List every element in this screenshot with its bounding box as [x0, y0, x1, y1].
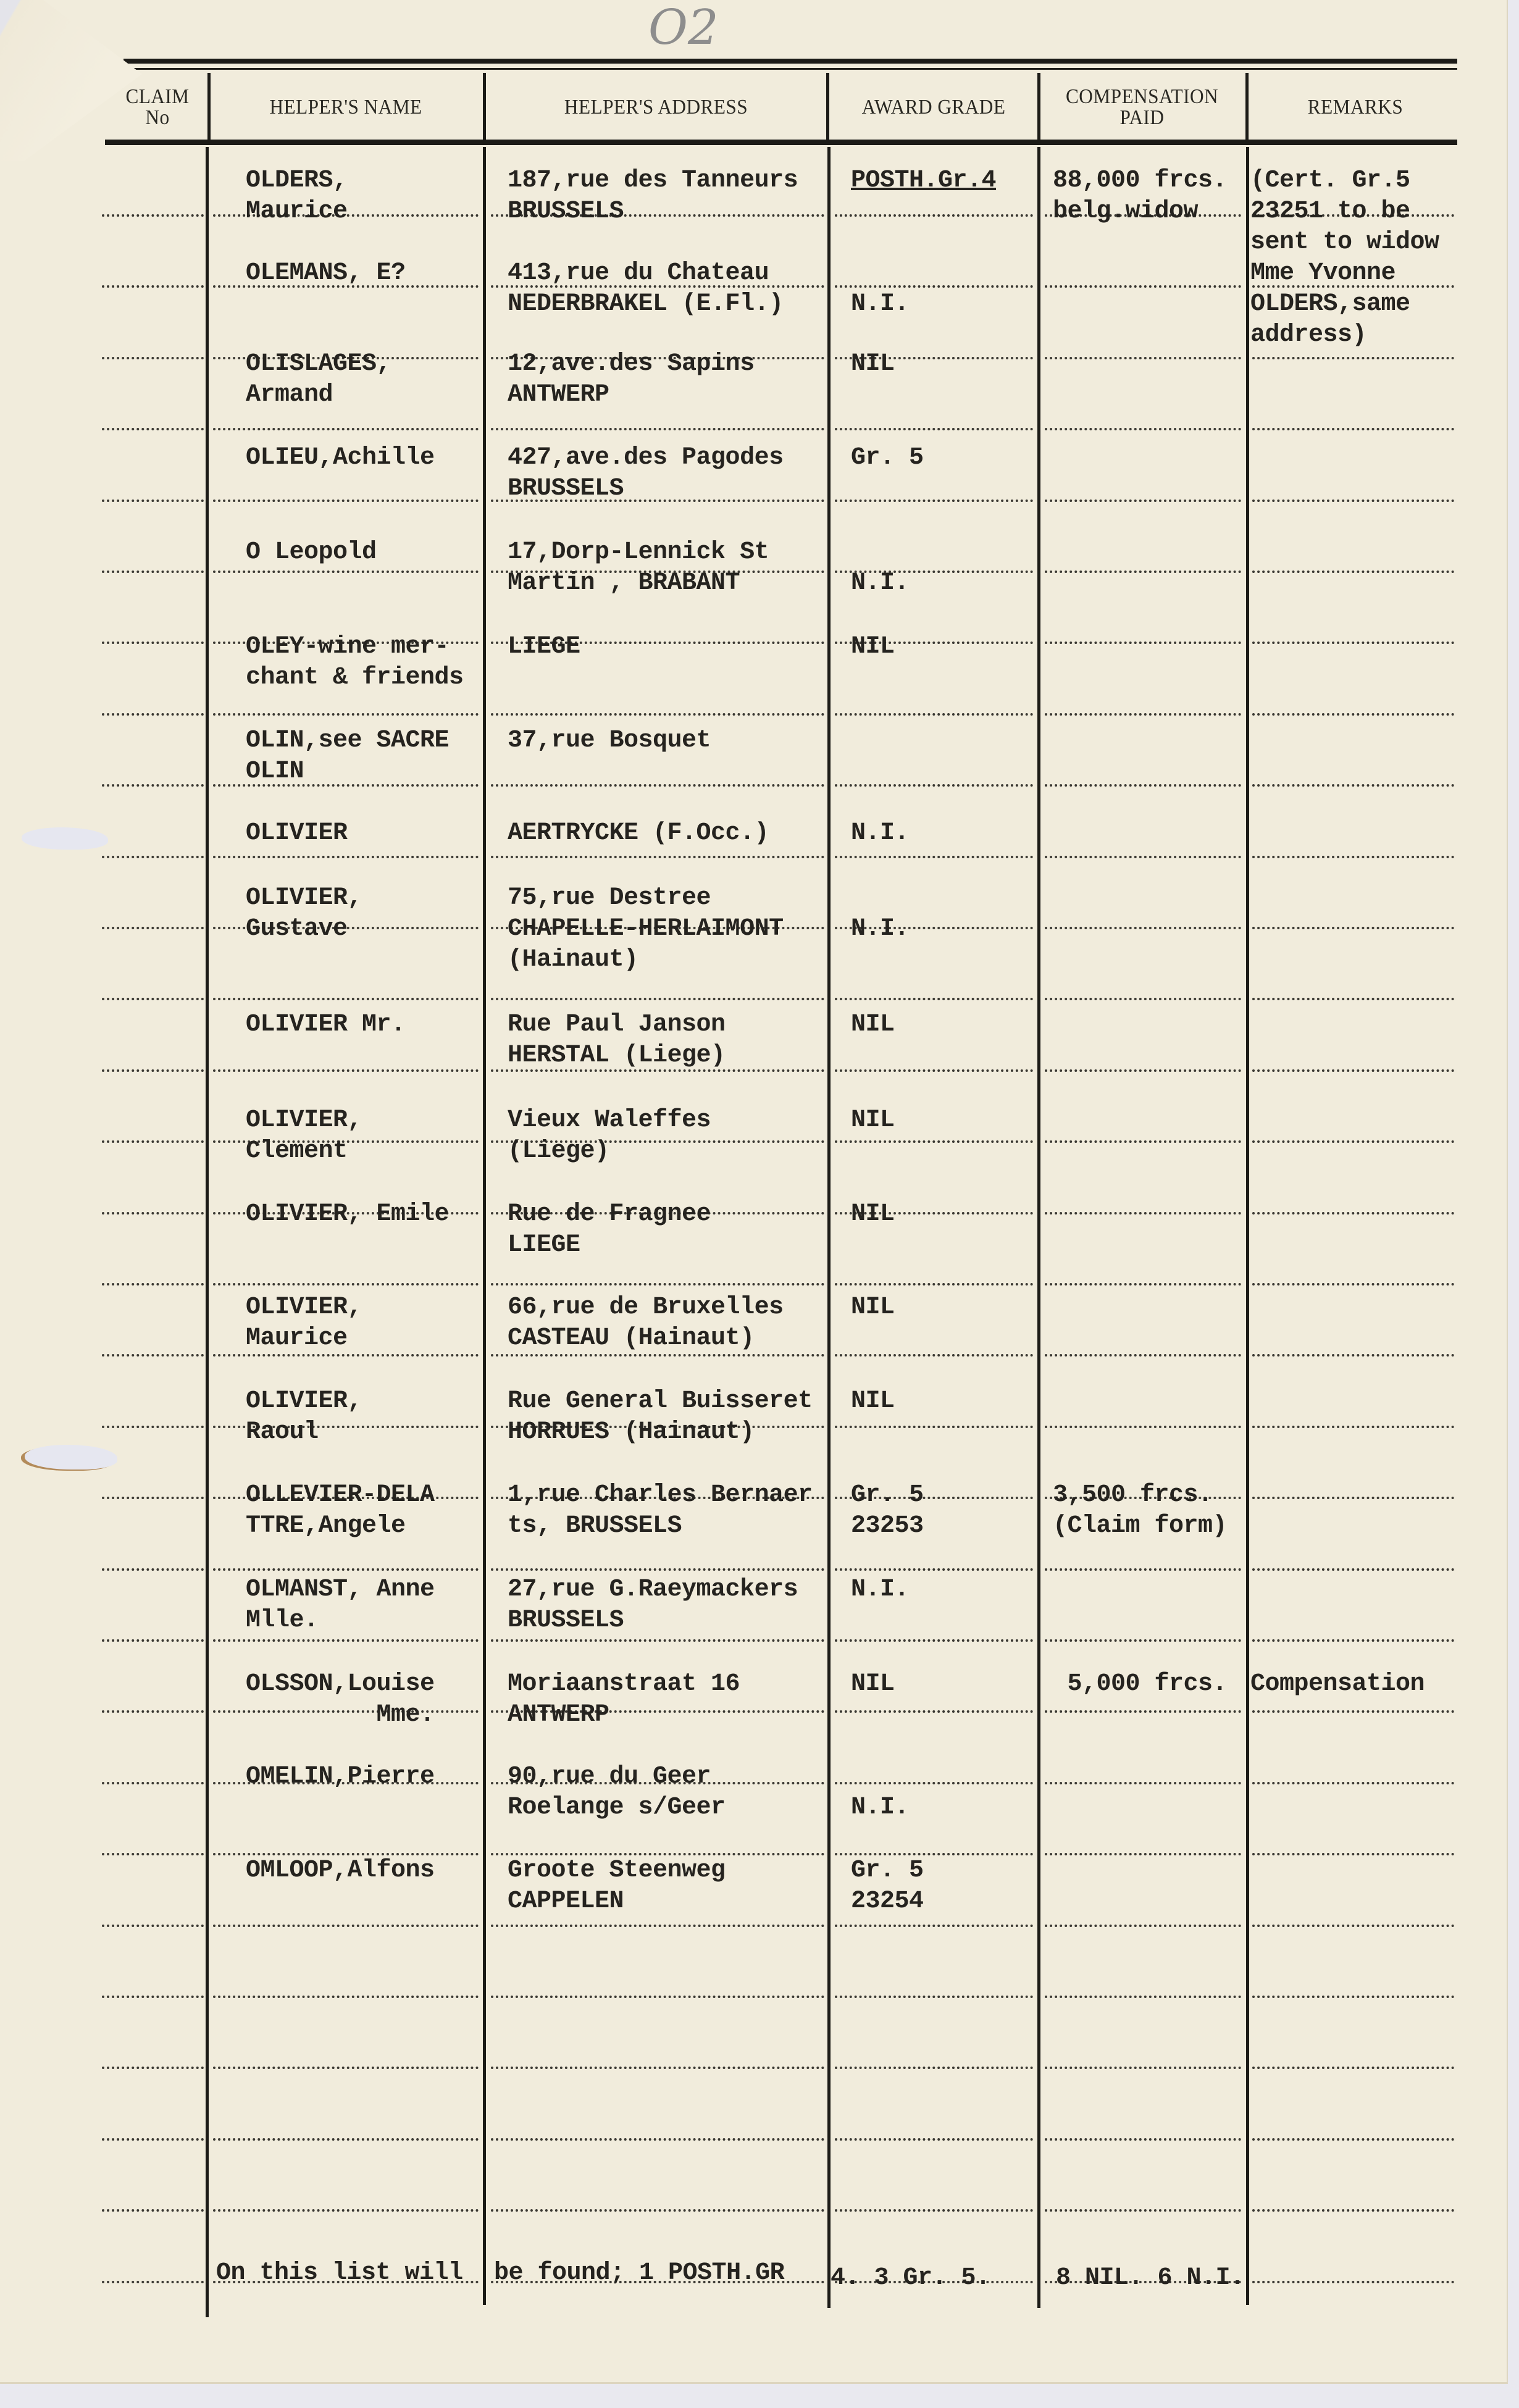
award-grade-cell: N.I. [851, 914, 909, 945]
helper-name-cell: OLIVIER, Raoul [246, 1386, 362, 1448]
header-award-grade: AWARD GRADE [837, 74, 1031, 141]
dotted-rule [213, 500, 479, 502]
helper-name-cell: OLIVIER, Maurice [246, 1292, 362, 1354]
helper-name-cell: OLEMANS, E? [246, 258, 406, 289]
dotted-rule [835, 1426, 1033, 1428]
helper-name-cell: OLIN,see SACRE OLIN [246, 725, 449, 787]
helper-address-cell: 413,rue du Chateau NEDERBRAKEL (E.Fl.) [508, 258, 784, 320]
award-grade-cell: N.I. [851, 1792, 909, 1823]
award-grade-cell: NIL [851, 632, 895, 663]
dotted-rule [213, 428, 479, 430]
helper-address-cell: 12,ave.des Sapins ANTWERP [508, 349, 755, 411]
dotted-rule [102, 1212, 204, 1214]
dotted-rule [102, 500, 204, 502]
dotted-rule [1045, 927, 1241, 929]
dotted-rule [102, 214, 204, 217]
dotted-rule [102, 2209, 204, 2212]
header-helpers-name: HELPER'S NAME [221, 74, 471, 141]
header-divider [1037, 73, 1040, 140]
dotted-rule [102, 2281, 204, 2283]
dotted-rule [1252, 1782, 1454, 1784]
dotted-rule [1045, 1354, 1241, 1357]
dotted-rule [835, 1710, 1033, 1713]
dotted-rule [1045, 856, 1241, 858]
dotted-rule [835, 2067, 1033, 2069]
helper-address-cell: Vieux Waleffes (Liege) [508, 1105, 711, 1167]
dotted-rule [1045, 2067, 1241, 2069]
dotted-rule [835, 428, 1033, 430]
dotted-rule [213, 2138, 479, 2141]
dotted-rule [102, 1853, 204, 1855]
award-grade-cell: N.I. [851, 1574, 909, 1605]
dotted-rule [1045, 713, 1241, 716]
helper-address-cell: 90,rue du Geer Roelange s/Geer [508, 1762, 726, 1823]
dotted-rule [491, 998, 824, 1000]
compensation-paid-cell: 88,000 frcs. belg.widow [1053, 165, 1227, 227]
helper-address-cell: Rue Paul Janson HERSTAL (Liege) [508, 1010, 726, 1071]
helper-address-cell: 427,ave.des Pagodes BRUSSELS [508, 443, 784, 504]
dotted-rule [102, 1568, 204, 1571]
dotted-rule [213, 856, 479, 858]
helper-name-cell: OLMANST, Anne Mlle. [246, 1574, 435, 1636]
dotted-rule [1252, 1925, 1454, 1927]
dotted-rule [1045, 1568, 1241, 1571]
award-grade-cell: Gr. 5 23253 [851, 1480, 924, 1542]
dotted-rule [1252, 1069, 1454, 1072]
helper-name-cell: OMLOOP,Alfons [246, 1855, 435, 1886]
summary-name-part: On this list will [216, 2258, 463, 2289]
dotted-rule [102, 784, 204, 787]
summary-address-part: be found; 1 POSTH.GR [494, 2258, 784, 2289]
dotted-rule [1252, 1354, 1454, 1357]
punch-hole-bottom [25, 1445, 117, 1469]
dotted-rule [1252, 1283, 1454, 1286]
dotted-rule [835, 1140, 1033, 1143]
award-grade-cell: Gr. 5 23254 [851, 1855, 924, 1917]
folded-corner [0, 0, 142, 173]
dotted-rule [213, 2067, 479, 2069]
column-line-compensation-left [1037, 147, 1040, 2308]
dotted-rule [835, 856, 1033, 858]
helper-address-cell: Groote Steenweg CAPPELEN [508, 1855, 726, 1917]
compensation-paid-cell: 5,000 frcs. [1053, 1669, 1227, 1700]
dotted-rule [1045, 428, 1241, 430]
award-grade-cell: Gr. 5 [851, 443, 924, 474]
dotted-rule [1252, 1497, 1454, 1499]
helper-name-cell: OLIEU,Achille [246, 443, 435, 474]
dotted-rule [1045, 2138, 1241, 2141]
dotted-rule [491, 1925, 824, 1927]
dotted-rule [1252, 357, 1454, 359]
helper-address-cell: Rue General Buisseret HORRUES (Hainaut) [508, 1386, 813, 1448]
dotted-rule [835, 1925, 1033, 1927]
header-divider [826, 73, 829, 140]
header-compensation-paid: COMPENSATION PAID [1047, 74, 1237, 141]
helper-name-cell: O Leopold [246, 537, 377, 568]
dotted-rule [491, 784, 824, 787]
dotted-rule [213, 1996, 479, 1998]
header-divider [207, 73, 211, 140]
award-grade-cell: NIL [851, 1386, 895, 1417]
helper-address-cell: 27,rue G.Raeymackers BRUSSELS [508, 1574, 798, 1636]
dotted-rule [213, 1925, 479, 1927]
dotted-rule [1045, 357, 1241, 359]
award-grade-cell: NIL [851, 1010, 895, 1040]
dotted-rule [835, 2138, 1033, 2141]
header-helpers-address: HELPER'S ADDRESS [498, 74, 814, 141]
archive-mark: O2 [648, 0, 719, 56]
helper-name-cell: OLIVIER [246, 818, 348, 849]
dotted-rule [1252, 2281, 1454, 2283]
dotted-rule [102, 1710, 204, 1713]
dotted-rule [1252, 642, 1454, 644]
helper-address-cell: 66,rue de Bruxelles CASTEAU (Hainaut) [508, 1292, 784, 1354]
dotted-rule [102, 642, 204, 644]
award-grade-cell: NIL [851, 1669, 895, 1700]
dotted-rule [213, 1639, 479, 1642]
dotted-rule [1252, 2138, 1454, 2141]
dotted-rule [1252, 784, 1454, 787]
dotted-rule [1045, 998, 1241, 1000]
dotted-rule [1045, 500, 1241, 502]
dotted-rule [835, 1996, 1033, 1998]
compensation-paid-cell: 3,500 frcs. (Claim form) [1053, 1480, 1227, 1542]
header-remarks: REMARKS [1256, 74, 1455, 141]
dotted-rule [1045, 1212, 1241, 1214]
helper-name-cell: OLEY-wine mer- chant & friends [246, 632, 464, 693]
dotted-rule [1045, 1925, 1241, 1927]
dotted-rule [835, 1283, 1033, 1286]
dotted-rule [1252, 428, 1454, 430]
dotted-rule [1045, 1782, 1241, 1784]
helper-address-cell: 75,rue Destree CHAPELLE-HERLAIMONT (Hain… [508, 883, 784, 976]
dotted-rule [1045, 1283, 1241, 1286]
column-line-remarks-left [1246, 147, 1249, 2305]
dotted-rule [491, 2067, 824, 2069]
dotted-rule [491, 1639, 824, 1642]
dotted-rule [1252, 1853, 1454, 1855]
helper-name-cell: OLIVIER, Clement [246, 1105, 362, 1167]
helper-address-cell: 37,rue Bosquet [508, 725, 711, 756]
dotted-rule [102, 1069, 204, 1072]
dotted-rule [835, 713, 1033, 716]
top-rule-thin [114, 68, 1457, 70]
header-divider [1245, 73, 1249, 140]
dotted-rule [1045, 1069, 1241, 1072]
dotted-rule [1045, 1853, 1241, 1855]
dotted-rule [491, 1568, 824, 1571]
dotted-rule [1252, 1140, 1454, 1143]
award-grade-cell: NIL [851, 1292, 895, 1323]
dotted-rule [835, 1354, 1033, 1357]
column-line-award-left [827, 147, 831, 2308]
dotted-rule [1252, 571, 1454, 573]
column-line-name-left [206, 147, 209, 2317]
dotted-rule [1045, 1996, 1241, 1998]
dotted-rule [1252, 1710, 1454, 1713]
helper-name-cell: OLLEVIER-DELA TTRE,Angele [246, 1480, 435, 1542]
helper-name-cell: OLSSON,Louise Mme. [246, 1669, 435, 1731]
dotted-rule [102, 2067, 204, 2069]
dotted-rule [102, 1283, 204, 1286]
dotted-rule [1252, 1212, 1454, 1214]
dotted-rule [102, 285, 204, 288]
ledger-page: O2 CLAIM No HELPER'S NAME HELPER'S ADDRE… [0, 0, 1508, 2384]
dotted-rule [491, 1283, 824, 1286]
dotted-rule [491, 713, 824, 716]
helper-address-cell: 1,rue Charles Bernaer ts, BRUSSELS [508, 1480, 813, 1542]
dotted-rule [1252, 2209, 1454, 2212]
dotted-rule [1252, 1568, 1454, 1571]
dotted-rule [1252, 500, 1454, 502]
dotted-rule [1252, 998, 1454, 1000]
award-grade-cell: N.I. [851, 568, 909, 599]
punch-hole-top [22, 827, 108, 850]
remarks-cell: Compensation [1250, 1669, 1425, 1700]
dotted-rule [1252, 856, 1454, 858]
dotted-rule [102, 1497, 204, 1499]
dotted-rule [835, 998, 1033, 1000]
dotted-rule [102, 1782, 204, 1784]
dotted-rule [102, 571, 204, 573]
dotted-rule [102, 1140, 204, 1143]
dotted-rule [1252, 713, 1454, 716]
dotted-rule [102, 1639, 204, 1642]
dotted-rule [213, 1283, 479, 1286]
dotted-rule [102, 927, 204, 929]
dotted-rule [1045, 1710, 1241, 1713]
helper-address-cell: 17,Dorp-Lennick St Martin , BRABANT [508, 537, 769, 599]
dotted-rule [102, 1354, 204, 1357]
helper-address-cell: Rue de Fragnee LIEGE [508, 1199, 711, 1261]
dotted-rule [491, 1996, 824, 1998]
dotted-rule [102, 856, 204, 858]
dotted-rule [491, 2209, 824, 2212]
dotted-rule [835, 500, 1033, 502]
award-grade-cell: N.I. [851, 818, 909, 849]
dotted-rule [213, 571, 479, 573]
helper-address-cell: Moriaanstraat 16 ANTWERP [508, 1669, 740, 1731]
dotted-rule [835, 2209, 1033, 2212]
dotted-rule [835, 1782, 1033, 1784]
dotted-rule [213, 1354, 479, 1357]
dotted-rule [1045, 571, 1241, 573]
dotted-rule [491, 428, 824, 430]
dotted-rule [102, 998, 204, 1000]
dotted-rule [1045, 285, 1241, 288]
dotted-rule [102, 713, 204, 716]
dotted-rule [1045, 2209, 1241, 2212]
helper-name-cell: OLIVIER, Gustave [246, 883, 362, 945]
award-grade-cell: NIL [851, 349, 895, 380]
dotted-rule [835, 1069, 1033, 1072]
dotted-rule [1252, 1426, 1454, 1428]
top-rule-thick [123, 59, 1457, 64]
remarks-cell: (Cert. Gr.5 23251 to be sent to widow Mm… [1250, 165, 1439, 351]
helper-name-cell: OLISLAGES, Armand [246, 349, 391, 411]
dotted-rule [1045, 784, 1241, 787]
dotted-rule [102, 357, 204, 359]
dotted-rule [1045, 1426, 1241, 1428]
dotted-rule [1045, 1140, 1241, 1143]
column-line-address-left [483, 147, 486, 2305]
dotted-rule [491, 856, 824, 858]
award-grade-cell: NIL [851, 1105, 895, 1136]
helper-address-cell: LIEGE [508, 632, 580, 663]
award-grade-cell: POSTH.Gr.4 [851, 165, 996, 196]
dotted-rule [213, 998, 479, 1000]
summary-compensation-part: 8 NIL. 6 N.I. [1056, 2263, 1245, 2294]
helper-name-cell: OLDERS, Maurice [246, 165, 348, 227]
dotted-rule [102, 1925, 204, 1927]
helper-name-cell: OMELIN,Pierre [246, 1762, 435, 1792]
dotted-rule [213, 1069, 479, 1072]
helper-name-cell: OLIVIER, Emile [246, 1199, 449, 1230]
dotted-rule [1252, 1639, 1454, 1642]
dotted-rule [1045, 642, 1241, 644]
dotted-rule [213, 2209, 479, 2212]
award-grade-cell: N.I. [851, 289, 909, 320]
dotted-rule [835, 214, 1033, 217]
header-divider [483, 73, 486, 140]
dotted-rule [1045, 1639, 1241, 1642]
dotted-rule [1252, 2067, 1454, 2069]
dotted-rule [835, 1639, 1033, 1642]
dotted-rule [102, 2138, 204, 2141]
helper-address-cell: 187,rue des Tanneurs BRUSSELS [508, 165, 798, 227]
dotted-rule [1252, 927, 1454, 929]
dotted-rule [213, 1568, 479, 1571]
dotted-rule [1252, 1996, 1454, 1998]
helper-address-cell: AERTRYCKE (F.Occ.) [508, 818, 769, 849]
dotted-rule [491, 2138, 824, 2141]
dotted-rule [102, 1426, 204, 1428]
dotted-rule [102, 1996, 204, 1998]
dotted-rule [835, 285, 1033, 288]
dotted-rule [835, 1568, 1033, 1571]
summary-award-part: 4. 3 Gr. 5. [831, 2263, 990, 2294]
dotted-rule [102, 428, 204, 430]
dotted-rule [491, 1354, 824, 1357]
award-grade-cell: NIL [851, 1199, 895, 1230]
dotted-rule [213, 713, 479, 716]
helper-name-cell: OLIVIER Mr. [246, 1010, 406, 1040]
dotted-rule [835, 784, 1033, 787]
